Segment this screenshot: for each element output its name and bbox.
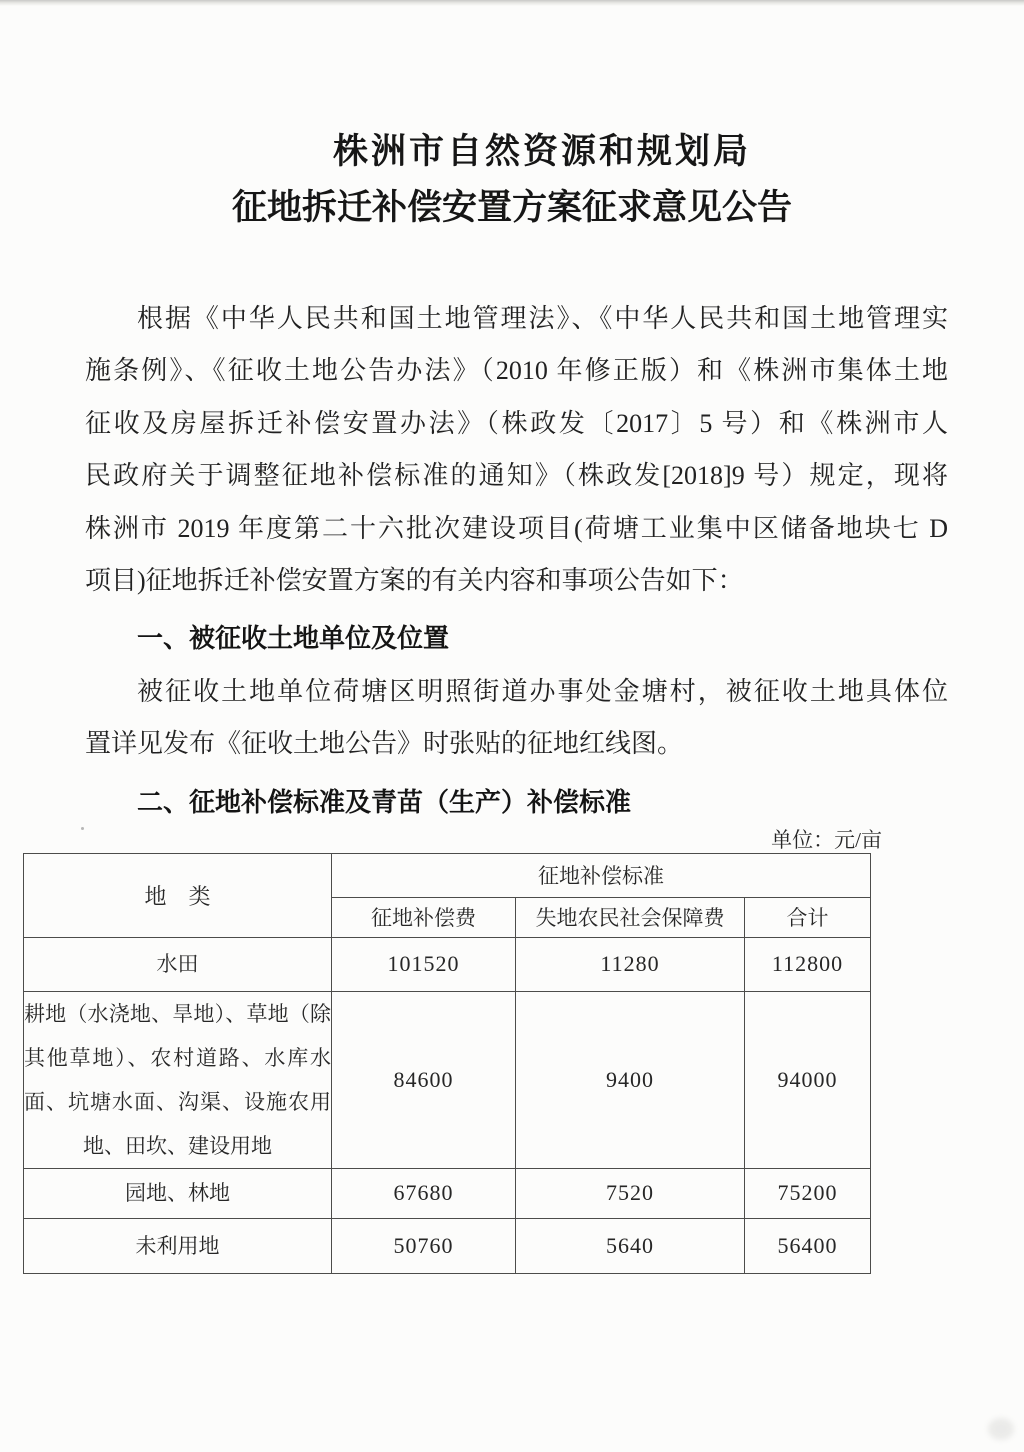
fee-cell: 50760 bbox=[332, 1218, 516, 1273]
land-line: 水田 bbox=[24, 942, 331, 986]
land-line: 园地、林地 bbox=[24, 1171, 331, 1215]
intro-line-1: 根据《中华人民共和国土地管理法》、《中华人民共和国土地管理实 bbox=[85, 293, 948, 345]
document-title-line2: 征地拆迁补偿安置方案征求意见公告 bbox=[0, 180, 1024, 236]
land-line: 其他草地）、农村道路、水库水 bbox=[24, 1036, 331, 1080]
unit-label: 单位：元/亩 bbox=[85, 829, 948, 853]
land-cell-lines: 水田 bbox=[24, 942, 331, 986]
land-cell: 水田 bbox=[24, 937, 332, 991]
land-cell-lines: 园地、林地 bbox=[24, 1171, 331, 1215]
document-page: 株洲市自然资源和规划局 征地拆迁补偿安置方案征求意见公告 根据《中华人民共和国土… bbox=[0, 0, 1024, 1452]
intro-line-3: 征收及房屋拆迁补偿安置办法》（株政发〔2017〕5 号）和《株洲市人 bbox=[85, 398, 948, 450]
table-row: 耕地（水浇地、旱地）、草地（除 其他草地）、农村道路、水库水 面、坑塘水面、沟渠… bbox=[24, 991, 871, 1168]
land-cell-lines: 耕地（水浇地、旱地）、草地（除 其他草地）、农村道路、水库水 面、坑塘水面、沟渠… bbox=[24, 992, 331, 1168]
land-line: 未利用地 bbox=[24, 1224, 331, 1268]
total-cell: 75200 bbox=[745, 1168, 871, 1218]
social-cell: 5640 bbox=[516, 1218, 745, 1273]
scan-edge-artifact bbox=[0, 0, 1024, 6]
intro-line-6: 项目)征地拆迁补偿安置方案的有关内容和事项公告如下： bbox=[85, 555, 948, 607]
total-cell: 94000 bbox=[745, 991, 871, 1168]
total-cell: 56400 bbox=[745, 1218, 871, 1273]
social-cell: 7520 bbox=[516, 1168, 745, 1218]
scan-smudge-artifact bbox=[988, 1418, 1014, 1440]
section1-paragraph: 被征收土地单位荷塘区明照街道办事处金塘村，被征收土地具体位 置详见发布《征收土地… bbox=[85, 666, 948, 771]
table-header-row-1: 地 类 征地补偿标准 bbox=[24, 853, 871, 897]
table-row: 水田 101520 11280 112800 bbox=[24, 937, 871, 991]
document-title: 株洲市自然资源和规划局 征地拆迁补偿安置方案征求意见公告 bbox=[0, 0, 1024, 236]
social-cell: 9400 bbox=[516, 991, 745, 1168]
land-cell: 耕地（水浇地、旱地）、草地（除 其他草地）、农村道路、水库水 面、坑塘水面、沟渠… bbox=[24, 991, 332, 1168]
section1-line-1: 被征收土地单位荷塘区明照街道办事处金塘村，被征收土地具体位 bbox=[85, 666, 948, 718]
compensation-table: 地 类 征地补偿标准 征地补偿费 失地农民社会保障费 合计 水田 101520 … bbox=[23, 853, 871, 1274]
land-cell: 未利用地 bbox=[24, 1218, 332, 1273]
section1-heading: 一、被征收土地单位及位置 bbox=[85, 613, 948, 665]
land-line: 地、田坎、建设用地 bbox=[24, 1124, 331, 1168]
intro-line-4: 民政府关于调整征地补偿标准的通知》（株政发[2018]9 号）规定，现将 bbox=[85, 450, 948, 502]
fee-cell: 101520 bbox=[332, 937, 516, 991]
sub-header-fee: 征地补偿费 bbox=[332, 897, 516, 937]
land-line: 面、坑塘水面、沟渠、设施农用 bbox=[24, 1080, 331, 1124]
section1-line-2: 置详见发布《征收土地公告》时张贴的征地红线图。 bbox=[85, 718, 948, 770]
fee-cell: 84600 bbox=[332, 991, 516, 1168]
sub-header-social: 失地农民社会保障费 bbox=[516, 897, 745, 937]
document-body: 根据《中华人民共和国土地管理法》、《中华人民共和国土地管理实 施条例》、《征收土… bbox=[85, 293, 948, 853]
group-header-cell: 征地补偿标准 bbox=[332, 853, 871, 897]
section2-heading: 二、征地补偿标准及青苗（生产）补偿标准 bbox=[85, 777, 948, 829]
table-row: 未利用地 50760 5640 56400 bbox=[24, 1218, 871, 1273]
sub-header-total: 合计 bbox=[745, 897, 871, 937]
table-row: 园地、林地 67680 7520 75200 bbox=[24, 1168, 871, 1218]
land-cell-lines: 未利用地 bbox=[24, 1224, 331, 1268]
social-cell: 11280 bbox=[516, 937, 745, 991]
intro-line-5: 株洲市 2019 年度第二十六批次建设项目(荷塘工业集中区储备地块七 D bbox=[85, 503, 948, 555]
land-cell: 园地、林地 bbox=[24, 1168, 332, 1218]
intro-line-2: 施条例》、《征收土地公告办法》（2010 年修正版）和《株洲市集体土地 bbox=[85, 345, 948, 397]
fee-cell: 67680 bbox=[332, 1168, 516, 1218]
scan-speck-artifact bbox=[81, 827, 84, 830]
land-line: 耕地（水浇地、旱地）、草地（除 bbox=[24, 992, 331, 1036]
total-cell: 112800 bbox=[745, 937, 871, 991]
land-class-header-cell: 地 类 bbox=[24, 853, 332, 937]
intro-paragraph: 根据《中华人民共和国土地管理法》、《中华人民共和国土地管理实 施条例》、《征收土… bbox=[85, 293, 948, 607]
document-title-line1: 株洲市自然资源和规划局 bbox=[30, 124, 1024, 180]
